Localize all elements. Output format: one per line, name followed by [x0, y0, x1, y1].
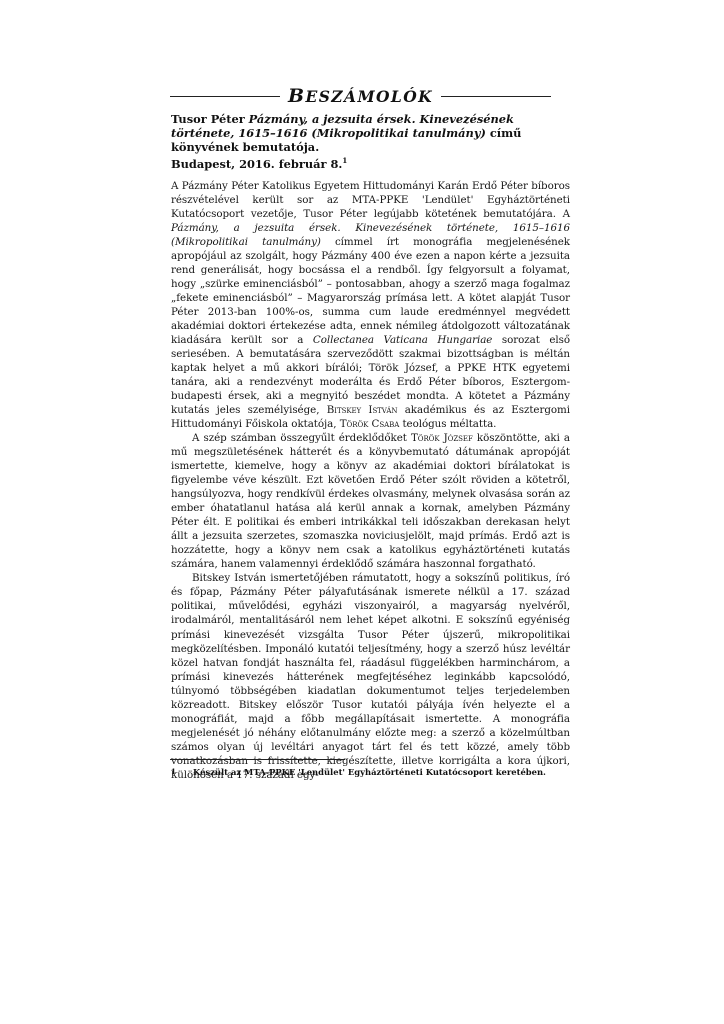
document-page: BESZÁMOLÓK Tusor Péter Pázmány, a jezsui…	[0, 0, 724, 1024]
heading-place-date: Budapest, 2016. február 8.	[171, 157, 342, 171]
heading-author: Tusor Péter	[171, 112, 249, 126]
person-name: Török Csaba	[340, 418, 400, 430]
paragraph-2: A szép számban összegyűlt érdeklődőket T…	[171, 431, 570, 571]
header-rule-right	[441, 96, 551, 97]
footnote-text: Készült az MTA-PPKE 'Lendület' Egyháztör…	[193, 767, 546, 777]
header-rule-left	[170, 96, 280, 97]
footnote-reference[interactable]: 1	[342, 156, 347, 165]
section-title: BESZÁMOLÓK	[280, 85, 441, 107]
person-name: Bitskey István	[327, 404, 398, 416]
report-heading: Tusor Péter Pázmány, a jezsuita érsek. K…	[171, 112, 571, 171]
body-text: A Pázmány Péter Katolikus Egyetem Hittud…	[171, 179, 570, 782]
footnote-divider	[170, 759, 345, 760]
paragraph-3: Bitskey István ismertetőjében rámutatott…	[171, 571, 570, 781]
section-header: BESZÁMOLÓK	[170, 86, 551, 106]
person-name: Török József	[411, 432, 473, 444]
footnote-number: 1	[171, 766, 193, 777]
paragraph-1: A Pázmány Péter Katolikus Egyetem Hittud…	[171, 179, 570, 431]
footnote: 1Készült az MTA-PPKE 'Lendület' Egyháztö…	[171, 766, 571, 778]
